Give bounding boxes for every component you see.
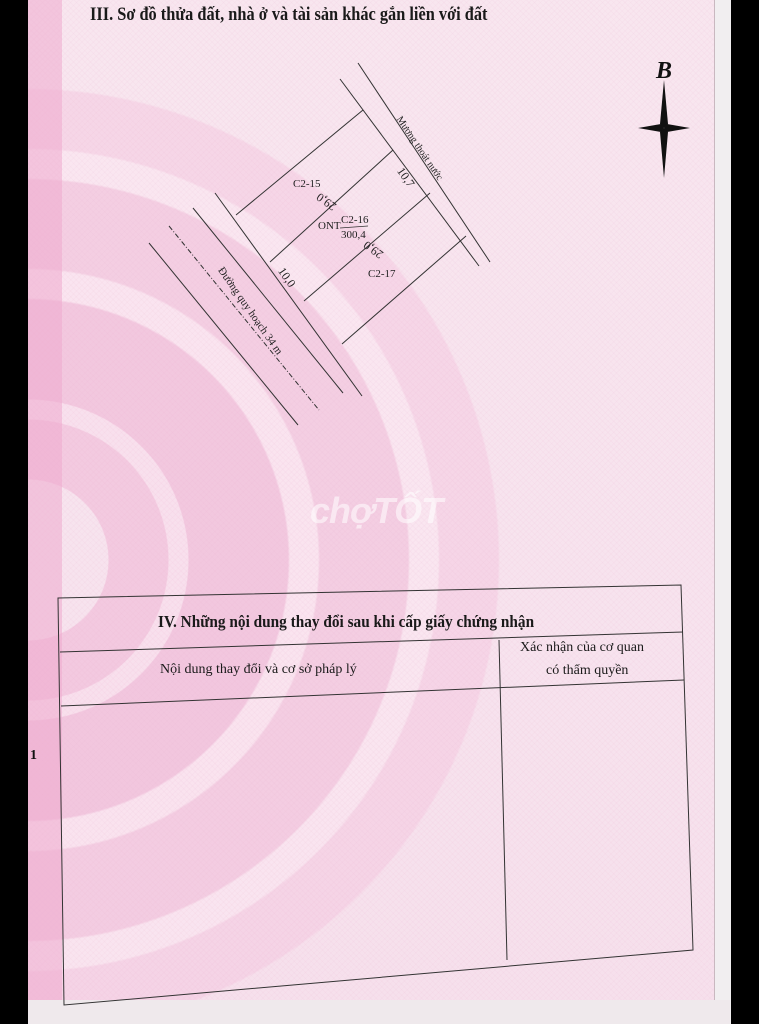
road-centerline bbox=[169, 226, 319, 410]
road-line-1 bbox=[193, 208, 343, 393]
parcel-label-c2-15: C2-15 bbox=[293, 178, 321, 190]
chotot-watermark: chợTỐT bbox=[310, 490, 442, 532]
parcel-label-c2-17: C2-17 bbox=[368, 268, 396, 280]
parcel-label-c2-16: C2-16 bbox=[341, 214, 369, 226]
parcel-landuse-c2-16: ONT bbox=[318, 220, 341, 232]
compass-north-label: B bbox=[656, 58, 672, 85]
compass-north-star-icon bbox=[638, 80, 690, 178]
margin-mark: 1 bbox=[30, 748, 37, 764]
col-header-confirmation-line1: Xác nhận của cơ quan bbox=[520, 640, 644, 656]
section4-title: IV. Những nội dung thay đổi sau khi cấp … bbox=[158, 612, 534, 632]
col-header-confirmation-line2: có thẩm quyền bbox=[546, 663, 628, 679]
col-header-changes: Nội dung thay đổi và cơ sở pháp lý bbox=[160, 662, 357, 678]
parcel-area-c2-16: 300,4 bbox=[341, 229, 366, 241]
